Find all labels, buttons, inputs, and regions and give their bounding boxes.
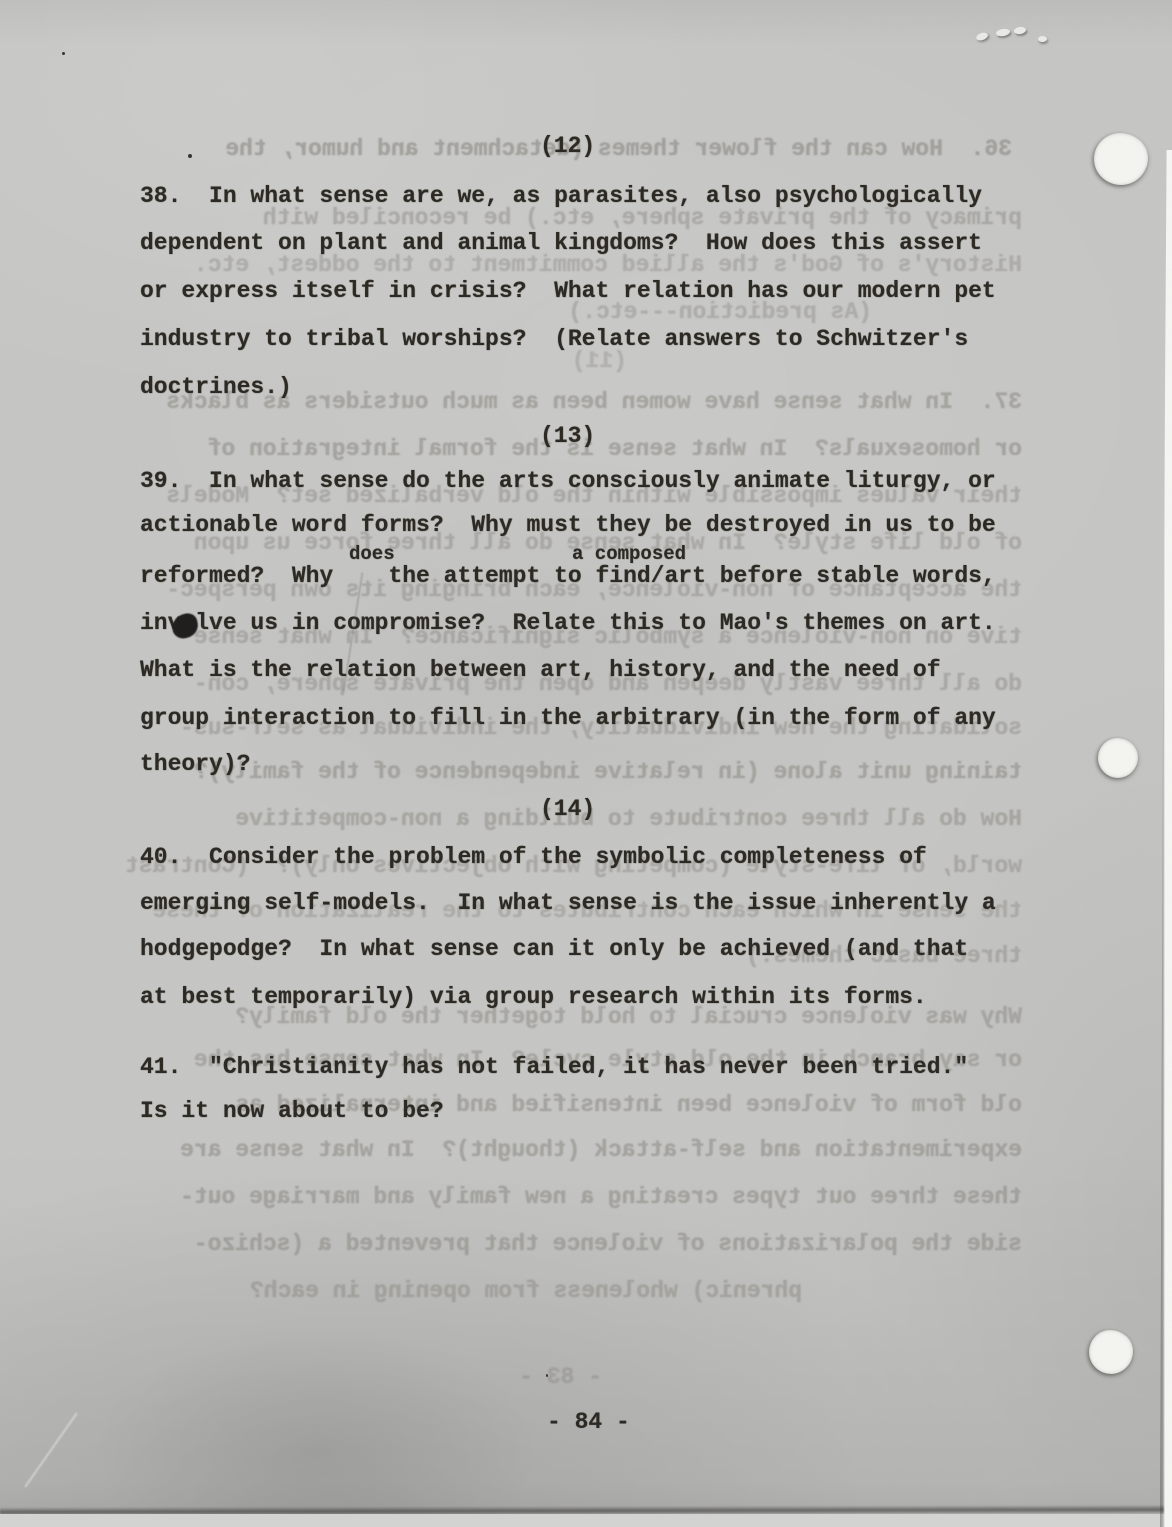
- typed-line: hodgepodge? In what sense can it only be…: [140, 937, 968, 962]
- ink-speck: [546, 1374, 548, 1377]
- typed-line: or express itself in crisis? What relati…: [140, 279, 996, 304]
- typed-line: at best temporarily) via group research …: [140, 985, 927, 1010]
- typed-line: 38. In what sense are we, as parasites, …: [140, 184, 982, 209]
- hole-punch: [1098, 738, 1138, 778]
- typed-line: dependent on plant and animal kingdoms? …: [140, 231, 982, 256]
- typed-line: emerging self-models. In what sense is t…: [140, 891, 996, 916]
- typed-line: (12): [540, 134, 595, 159]
- typed-line: group interaction to fill in the arbitra…: [140, 706, 996, 731]
- hole-punch: [1089, 1330, 1133, 1374]
- typed-line: What is the relation between art, histor…: [140, 658, 941, 683]
- hole-punch: [1094, 133, 1148, 185]
- typed-line: (14): [540, 797, 595, 822]
- typed-line: a composed: [572, 544, 686, 565]
- typed-line: industry to tribal worships? (Relate ans…: [140, 327, 968, 352]
- ink-speck: [188, 154, 192, 158]
- ink-speck: [62, 52, 65, 55]
- typed-line: 41. "Christianity has not failed, it has…: [140, 1055, 968, 1080]
- typed-line: Is it now about to be?: [140, 1099, 444, 1124]
- typed-line: theory)?: [140, 752, 250, 777]
- page-number: - 84 -: [547, 1410, 630, 1435]
- typed-line: (13): [540, 424, 595, 449]
- staple-dent: [1038, 36, 1047, 42]
- typed-line: doctrines.): [140, 375, 292, 400]
- typed-line: 39. In what sense do the arts consciousl…: [140, 469, 996, 494]
- typed-line: involve us in compromise? Relate this to…: [140, 611, 996, 636]
- typed-text-layer: (12)38. In what sense are we, as parasit…: [0, 0, 1172, 1527]
- typed-line: actionable word forms? Why must they be …: [140, 513, 996, 538]
- typed-line: reformed? Why the attempt to find/art be…: [140, 564, 996, 589]
- typed-line: does: [349, 544, 395, 565]
- scanner-background-bottom: [0, 1514, 1172, 1527]
- typed-line: 40. Consider the problem of the symbolic…: [140, 845, 927, 870]
- scanned-page: 36. How can the flower themes (detachmen…: [0, 0, 1172, 1527]
